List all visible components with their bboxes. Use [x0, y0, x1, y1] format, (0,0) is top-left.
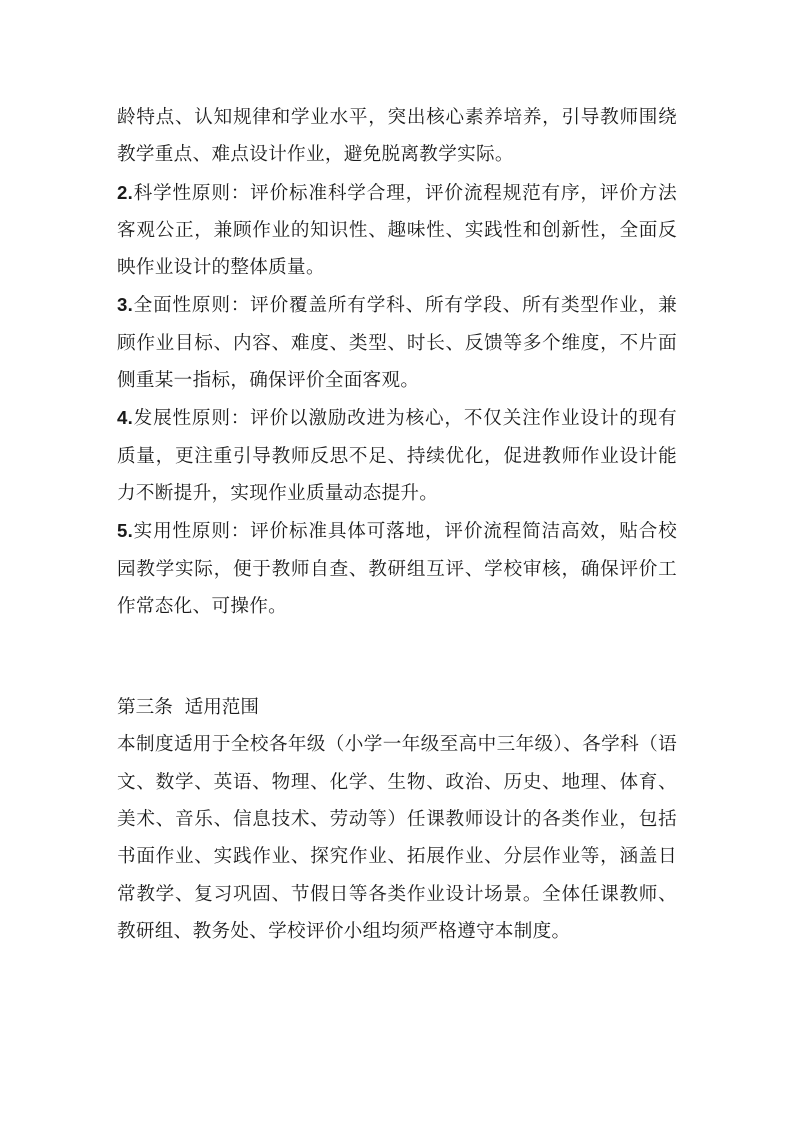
principle-text: 发展性原则：评价以激励改进为核心，不仅关注作业设计的现有质量，更注重引导教师反思… — [117, 408, 677, 504]
paragraph-text: 本制度适用于全校各年级（小学一年级至高中三年级）、各学科（语文、数学、英语、物理… — [117, 734, 677, 941]
principle-text: 科学性原则：评价标准科学合理，评价流程规范有序，评价方法客观公正，兼顾作业的知识… — [117, 183, 677, 279]
principle-number: 5. — [117, 520, 133, 541]
principle-text: 全面性原则：评价覆盖所有学科、所有学段、所有类型作业，兼顾作业目标、内容、难度、… — [117, 295, 677, 391]
principle-number: 3. — [117, 294, 133, 315]
principle-3: 3.全面性原则：评价覆盖所有学科、所有学段、所有类型作业，兼顾作业目标、内容、难… — [117, 286, 677, 399]
paragraph-text: 龄特点、认知规律和学业水平，突出核心素养培养，引导教师围绕教学重点、难点设计作业… — [117, 107, 677, 165]
section-body: 本制度适用于全校各年级（小学一年级至高中三年级）、各学科（语文、数学、英语、物理… — [117, 726, 677, 950]
principle-text: 实用性原则：评价标准具体可落地，评价流程简洁高效，贴合校园教学实际，便于教师自查… — [117, 521, 677, 617]
section-heading: 第三条 适用范围 — [117, 689, 677, 726]
paragraph-continuation: 龄特点、认知规律和学业水平，突出核心素养培养，引导教师围绕教学重点、难点设计作业… — [117, 99, 677, 174]
principle-number: 4. — [117, 407, 133, 428]
document-page: 龄特点、认知规律和学业水平，突出核心素养培养，引导教师围绕教学重点、难点设计作业… — [117, 99, 677, 950]
principle-5: 5.实用性原则：评价标准具体可落地，评价流程简洁高效，贴合校园教学实际，便于教师… — [117, 512, 677, 625]
principle-4: 4.发展性原则：评价以激励改进为核心，不仅关注作业设计的现有质量，更注重引导教师… — [117, 399, 677, 512]
principle-2: 2.科学性原则：评价标准科学合理，评价流程规范有序，评价方法客观公正，兼顾作业的… — [117, 174, 677, 287]
section-spacer — [117, 625, 677, 689]
principle-number: 2. — [117, 182, 133, 203]
